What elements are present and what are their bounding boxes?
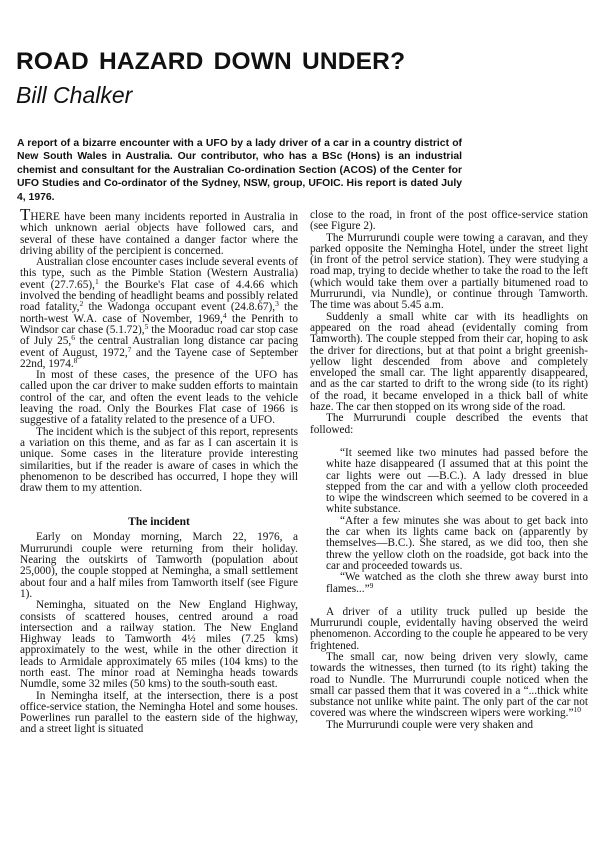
right-column: close to the road, in front of the post …: [310, 210, 588, 731]
body-paragraph: close to the road, in front of the post …: [310, 210, 588, 233]
footnote-ref: 10: [574, 705, 582, 714]
quote-paragraph: “It seemed like two minutes had passed b…: [326, 448, 588, 516]
witness-quote: “It seemed like two minutes had passed b…: [326, 448, 588, 595]
body-paragraph: The Murrurundi couple were towing a cara…: [310, 233, 588, 312]
footnote-ref: 9: [370, 581, 374, 590]
footnote-ref: 8: [74, 356, 78, 365]
quote-paragraph: “After a few minutes she was about to ge…: [326, 516, 588, 572]
drop-cap: T: [20, 205, 30, 224]
body-paragraph: Early on Monday morning, March 22, 1976,…: [20, 532, 298, 600]
article-title: ROAD HAZARD DOWN UNDER?: [16, 50, 405, 75]
cases-paragraph: Australian close encounter cases include…: [20, 257, 298, 370]
body-paragraph: Nemingha, situated on the New England Hi…: [20, 600, 298, 690]
intro-paragraph: THERE have been many incidents reported …: [20, 210, 298, 257]
body-paragraph: A driver of a utility truck pulled up be…: [310, 607, 588, 652]
left-column: THERE have been many incidents reported …: [20, 210, 298, 736]
body-paragraph: Suddenly a small white car with its head…: [310, 312, 588, 414]
text-run: “We watched as the cloth she threw away …: [326, 571, 588, 594]
article-standfirst: A report of a bizarre encounter with a U…: [17, 137, 462, 204]
body-paragraph: In Nemingha itself, at the intersection,…: [20, 691, 298, 736]
body-paragraph: The Murrurundi couple were very shaken a…: [310, 720, 588, 731]
body-paragraph: The incident which is the subject of thi…: [20, 427, 298, 495]
text-run: the Wadonga occupant event (24.8.67),: [83, 301, 275, 313]
intro-text: HERE have been many incidents reported i…: [20, 211, 298, 257]
text-run: The small car, now being driven very slo…: [310, 651, 588, 719]
body-paragraph: In most of these cases, the presence of …: [20, 370, 298, 426]
section-heading: The incident: [20, 516, 298, 528]
body-paragraph: The small car, now being driven very slo…: [310, 652, 588, 720]
quote-paragraph: “We watched as the cloth she threw away …: [326, 572, 588, 595]
body-paragraph: The Murrurundi couple described the even…: [310, 413, 588, 436]
article-author: Bill Chalker: [16, 84, 132, 107]
